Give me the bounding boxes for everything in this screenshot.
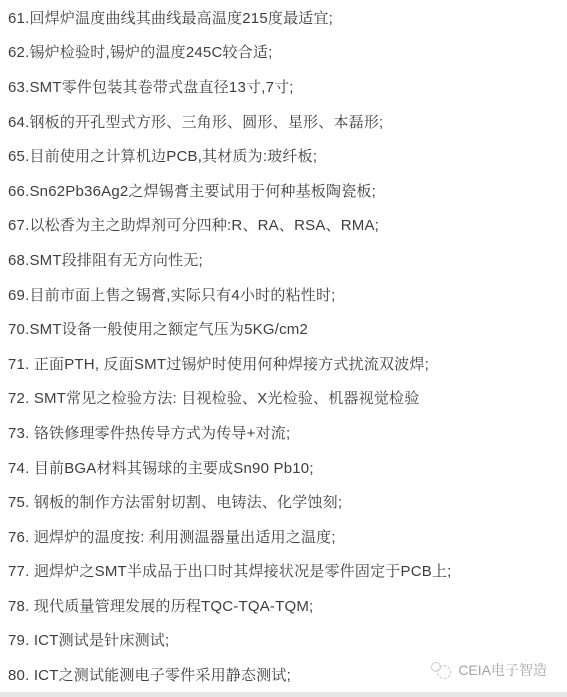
list-item: 70.SMT设备一般使用之额定气压为5KG/cm2: [0, 311, 567, 346]
list-item: 68.SMT段排阻有无方向性无;: [0, 242, 567, 277]
watermark-brand-text: CEIA电子智造: [458, 660, 547, 680]
list-item: 71. 正面PTH, 反面SMT过锡炉时使用何种焊接方式扰流双波焊;: [0, 346, 567, 381]
list-item: 65.目前使用之计算机边PCB,其材质为:玻纤板;: [0, 138, 567, 173]
list-item: 62.锡炉检验时,锡炉的温度245C较合适;: [0, 35, 567, 70]
list-item: 79. ICT测试是针床测试;: [0, 623, 567, 658]
list-item: 66.Sn62Pb36Ag2之焊锡膏主要试用于何种基板陶瓷板;: [0, 173, 567, 208]
ceia-logo-icon: [431, 661, 451, 679]
list-item: 61.回焊炉温度曲线其曲线最高温度215度最适宜;: [0, 0, 567, 35]
list-item: 76. 迥焊炉的温度按: 利用测温器量出适用之温度;: [0, 519, 567, 554]
footer-divider-bar: [0, 692, 567, 697]
list-item: 73. 铬铁修理零件热传导方式为传导+对流;: [0, 415, 567, 450]
list-item: 64.钢板的开孔型式方形、三角形、圆形、星形、本磊形;: [0, 104, 567, 139]
list-item: 67.以松香为主之助焊剂可分四种:R、RA、RSA、RMA;: [0, 208, 567, 243]
document-body: 61.回焊炉温度曲线其曲线最高温度215度最适宜; 62.锡炉检验时,锡炉的温度…: [0, 0, 567, 697]
list-item: 69.目前市面上售之锡膏,实际只有4小时的粘性时;: [0, 277, 567, 312]
list-item: 74. 目前BGA材料其锡球的主要成Sn90 Pb10;: [0, 450, 567, 485]
list-item: 75. 钢板的制作方法雷射切割、电铸法、化学蚀刻;: [0, 484, 567, 519]
list-item: 78. 现代质量管理发展的历程TQC-TQA-TQM;: [0, 588, 567, 623]
watermark: CEIA电子智造: [431, 660, 547, 680]
list-item: 77. 迥焊炉之SMT半成品于出口时其焊接状况是零件固定于PCB上;: [0, 554, 567, 589]
list-item: 63.SMT零件包装其卷带式盘直径13寸,7寸;: [0, 69, 567, 104]
list-item: 72. SMT常见之检验方法: 目视检验、X光检验、机器视觉检验: [0, 381, 567, 416]
